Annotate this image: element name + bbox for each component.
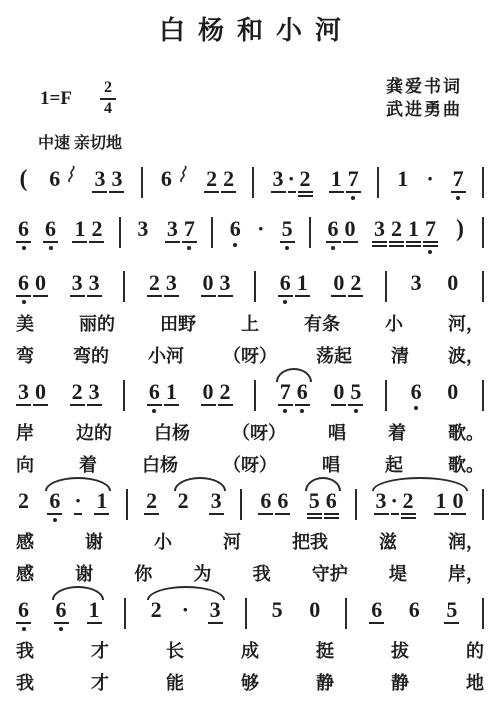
note-digit: 0 bbox=[453, 490, 464, 512]
lyric-syllable: 上 bbox=[241, 312, 259, 336]
note-digit: 1 bbox=[96, 490, 107, 512]
note-digit: 1 bbox=[331, 168, 342, 190]
low-octave-dot bbox=[351, 196, 355, 200]
low-octave-dot bbox=[354, 409, 358, 413]
note-digit: 6 bbox=[409, 599, 420, 621]
lyric-syllable: 有条 bbox=[304, 312, 340, 336]
note-group: 3 bbox=[409, 272, 424, 294]
beam-underline bbox=[278, 404, 293, 406]
note-digit: 3 bbox=[111, 168, 122, 190]
note-digit: 3 bbox=[166, 272, 177, 294]
lyric-syllable: 向 bbox=[16, 453, 34, 477]
note: 2 bbox=[218, 381, 233, 406]
lyric-syllable: 守护 bbox=[312, 562, 348, 586]
lyric-syllable: 挺 bbox=[316, 639, 334, 663]
note-group: 60 bbox=[326, 218, 358, 250]
note-digit: 2 bbox=[403, 490, 414, 512]
meta-row: 1=F 2 4 龚爱书词 武进勇曲 bbox=[14, 76, 486, 122]
note-group: 61 bbox=[278, 272, 310, 304]
barline bbox=[309, 217, 311, 248]
note-digit: 3 bbox=[18, 381, 29, 403]
beam-underline bbox=[201, 295, 216, 297]
meter-denominator: 4 bbox=[104, 100, 112, 118]
lyric-syllable: 我 bbox=[253, 562, 271, 586]
low-octave-dot bbox=[49, 246, 53, 250]
note-group: 0 bbox=[445, 381, 460, 403]
note-digit: 1 bbox=[397, 168, 408, 190]
beam-underline bbox=[43, 241, 58, 243]
note: 6 bbox=[295, 381, 310, 413]
note: 5 bbox=[280, 218, 295, 250]
barline bbox=[482, 217, 484, 248]
note: 3 bbox=[409, 272, 424, 294]
note-digit: 2 bbox=[178, 490, 189, 512]
lyric-syllable: 感 bbox=[16, 562, 34, 586]
note-group: 30 bbox=[16, 381, 48, 406]
beam-underline bbox=[343, 241, 358, 243]
note-group: 6 bbox=[407, 599, 422, 621]
note-group: 7 bbox=[451, 168, 466, 200]
lyric-syllable: 清 bbox=[391, 344, 409, 368]
note-digit: 7 bbox=[453, 168, 464, 190]
low-octave-dot bbox=[283, 409, 287, 413]
note-digit: 0 bbox=[35, 381, 46, 403]
slur-group: 6·1 bbox=[47, 490, 109, 522]
barline bbox=[345, 598, 347, 629]
lyric-row: 我才长成挺拔的 bbox=[14, 639, 486, 663]
barline bbox=[211, 217, 213, 248]
note: 1 bbox=[87, 599, 102, 624]
beam-underline bbox=[307, 517, 322, 519]
note-digit: 7 bbox=[280, 381, 291, 403]
note-digit: · bbox=[391, 490, 399, 512]
note: 6 bbox=[16, 218, 31, 250]
parenthesis: ) bbox=[452, 218, 467, 240]
lyric-syllable: 唱 bbox=[328, 421, 346, 445]
note: 3 bbox=[208, 599, 223, 624]
note: 6 bbox=[275, 490, 290, 515]
note: 3 bbox=[70, 272, 85, 297]
notation-line: 26·122366563·210 bbox=[14, 477, 486, 522]
beam-underline bbox=[324, 517, 339, 519]
lyric-syllable: 丽的 bbox=[79, 312, 115, 336]
note-group: 3217 bbox=[372, 218, 438, 254]
barline bbox=[482, 598, 484, 629]
beam-underline bbox=[372, 245, 387, 247]
beam-underline bbox=[221, 191, 236, 193]
lyric-row: 弯弯的小河（呀）荡起清波， bbox=[14, 344, 486, 368]
note-digit: 3 bbox=[411, 272, 422, 294]
note: 3 bbox=[135, 218, 150, 240]
lyric-syllable: 为 bbox=[193, 562, 211, 586]
lyric-syllable: 河， bbox=[448, 312, 484, 336]
slur-group: 56 bbox=[307, 490, 339, 519]
beam-underline bbox=[87, 404, 102, 406]
barline bbox=[126, 489, 128, 520]
lyric-syllable: 小 bbox=[385, 312, 403, 336]
note-digit: 3 bbox=[89, 272, 100, 294]
note: 3 bbox=[109, 168, 124, 193]
beam-underline bbox=[423, 241, 438, 243]
note: 3 bbox=[271, 168, 286, 193]
beam-underline bbox=[434, 513, 449, 515]
note-group: 12 bbox=[72, 218, 104, 243]
note: 7 bbox=[451, 168, 466, 200]
low-octave-dot bbox=[59, 627, 63, 631]
beam-underline bbox=[87, 295, 102, 297]
key-label: 1=F bbox=[40, 88, 72, 110]
low-octave-dot bbox=[233, 243, 237, 247]
note-digit: 3 bbox=[374, 218, 385, 240]
note: 6 bbox=[278, 272, 293, 304]
beam-underline bbox=[33, 295, 48, 297]
note-group: 6 bbox=[47, 168, 76, 190]
note: 6 bbox=[228, 218, 243, 247]
note: 0 bbox=[445, 381, 460, 403]
note-digit: 6 bbox=[56, 599, 67, 621]
low-octave-dot bbox=[283, 300, 287, 304]
note-digit: 5 bbox=[350, 381, 361, 403]
note: 5 bbox=[307, 490, 322, 519]
dot-note: · bbox=[257, 218, 265, 240]
note-digit: 0 bbox=[345, 218, 356, 240]
note-group: 6 bbox=[369, 599, 384, 624]
key-signature: 1=F 2 4 bbox=[40, 80, 116, 118]
note-digit: 3 bbox=[376, 490, 387, 512]
low-octave-dot bbox=[22, 300, 26, 304]
lyric-syllable: 岸 bbox=[16, 421, 34, 445]
beam-underline bbox=[280, 241, 295, 243]
lyric-syllable: 美 bbox=[16, 312, 34, 336]
note: 0 bbox=[451, 490, 466, 515]
low-octave-dot bbox=[22, 246, 26, 250]
barline bbox=[482, 167, 484, 198]
beam-underline bbox=[278, 295, 293, 297]
beam-underline bbox=[451, 513, 466, 515]
notation-line: 60332303610230 bbox=[14, 259, 486, 304]
beam-underline bbox=[324, 513, 339, 515]
note-digit: 3 bbox=[210, 599, 221, 621]
note: 6 bbox=[16, 272, 31, 304]
note: 3 bbox=[374, 490, 389, 515]
note-digit: 6 bbox=[297, 381, 308, 403]
beam-underline bbox=[307, 513, 322, 515]
slide-ornament-icon bbox=[66, 165, 76, 183]
note-group: 02 bbox=[331, 272, 363, 297]
note: 3 bbox=[16, 381, 31, 406]
note: 3 bbox=[164, 272, 179, 297]
beam-underline bbox=[201, 404, 216, 406]
note-digit: 3 bbox=[72, 272, 83, 294]
barline bbox=[252, 167, 254, 198]
slur-group: 76 bbox=[278, 381, 310, 413]
beam-underline bbox=[295, 295, 310, 297]
barline bbox=[377, 167, 379, 198]
note-digit: 6 bbox=[161, 168, 172, 190]
note: 0 bbox=[307, 599, 322, 621]
note: 6 bbox=[369, 599, 384, 624]
barline bbox=[245, 598, 247, 629]
note: 7 bbox=[346, 168, 361, 200]
time-signature: 2 4 bbox=[100, 80, 116, 118]
lyric-syllable: 拔 bbox=[391, 639, 409, 663]
dot-note: · bbox=[391, 490, 399, 515]
note: 0 bbox=[343, 218, 358, 243]
note-digit: 6 bbox=[49, 490, 60, 512]
barline bbox=[123, 380, 125, 411]
beam-underline bbox=[16, 622, 31, 624]
low-octave-dot bbox=[22, 627, 26, 631]
slide-ornament-icon bbox=[178, 165, 188, 183]
note: 7 bbox=[278, 381, 293, 413]
lyric-syllable: 感 bbox=[16, 530, 34, 554]
lyric-row: 我才能够静静地 bbox=[14, 671, 486, 695]
lyric-syllable: （呀） bbox=[223, 344, 277, 368]
lyric-syllable: （呀） bbox=[223, 453, 277, 477]
note-digit: 6 bbox=[371, 599, 382, 621]
beam-underline bbox=[209, 513, 224, 515]
note-digit: 1 bbox=[436, 490, 447, 512]
beam-underline bbox=[182, 241, 197, 243]
note-digit: 2 bbox=[72, 381, 83, 403]
lyricist-credit: 龚爱书词 bbox=[386, 76, 462, 99]
beam-underline bbox=[147, 295, 162, 297]
lyric-syllable: 才 bbox=[91, 671, 109, 695]
note: 2 bbox=[16, 490, 31, 512]
note-digit: 0 bbox=[203, 381, 214, 403]
note: 6 bbox=[147, 381, 162, 413]
lyric-syllable: 边的 bbox=[76, 421, 112, 445]
note-digit: 0 bbox=[333, 272, 344, 294]
note-digit: 3 bbox=[94, 168, 105, 190]
note-group: 3 bbox=[135, 218, 150, 240]
lyric-syllable: 滋 bbox=[379, 530, 397, 554]
note-group: ) bbox=[452, 218, 467, 240]
note-group: 60 bbox=[16, 272, 48, 304]
note-digit: 6 bbox=[277, 490, 288, 512]
lyric-syllable: 荡起 bbox=[316, 344, 352, 368]
lyric-syllable: 着 bbox=[388, 421, 406, 445]
note-group: 17 bbox=[329, 168, 361, 200]
lyric-syllable: 歌。 bbox=[448, 421, 484, 445]
note-digit: 6 bbox=[411, 381, 422, 403]
note-group: 6 bbox=[159, 168, 188, 190]
beam-underline bbox=[47, 513, 62, 515]
barline bbox=[240, 489, 242, 520]
note-digit: · bbox=[182, 599, 190, 621]
note: 6 bbox=[47, 490, 62, 522]
note-digit: 1 bbox=[166, 381, 177, 403]
barline bbox=[385, 380, 387, 411]
beam-underline bbox=[374, 513, 389, 515]
notation-line: (6336223·2171·7 bbox=[14, 155, 486, 200]
note-digit: 7 bbox=[184, 218, 195, 240]
beam-underline bbox=[288, 191, 296, 193]
beam-underline bbox=[329, 191, 344, 193]
lyric-syllable: 地 bbox=[466, 671, 484, 695]
lyric-row: 向着白杨（呀）唱起歌。 bbox=[14, 453, 486, 477]
notation-line: 6612·350665 bbox=[14, 586, 486, 631]
beam-underline bbox=[208, 622, 223, 624]
low-octave-dot bbox=[331, 246, 335, 250]
note: 1 bbox=[295, 272, 310, 297]
note-group: 61 bbox=[147, 381, 179, 413]
slur-group: 3·210 bbox=[374, 490, 466, 519]
credits: 龚爱书词 武进勇曲 bbox=[386, 76, 462, 122]
lyric-syllable: 你 bbox=[134, 562, 152, 586]
lyric-syllable: 河 bbox=[223, 530, 241, 554]
beam-underline bbox=[389, 245, 404, 247]
note-digit: 6 bbox=[149, 381, 160, 403]
note-digit: 0 bbox=[35, 272, 46, 294]
note-digit: 6 bbox=[18, 272, 29, 294]
note: 7 bbox=[182, 218, 197, 250]
note-digit: · bbox=[74, 490, 82, 512]
lyric-syllable: 的 bbox=[466, 639, 484, 663]
note-group: 6 bbox=[409, 381, 424, 410]
note-digit: 3 bbox=[167, 218, 178, 240]
note-group: 0 bbox=[445, 272, 460, 294]
low-octave-dot bbox=[428, 250, 432, 254]
lyric-syllable: 把我 bbox=[292, 530, 328, 554]
note-group: 2 bbox=[16, 490, 31, 512]
note-digit: 6 bbox=[280, 272, 291, 294]
parenthesis: ( bbox=[16, 168, 31, 190]
note: 7 bbox=[423, 218, 438, 254]
lyric-syllable: 田野 bbox=[160, 312, 196, 336]
note-digit: 0 bbox=[203, 272, 214, 294]
beam-underline bbox=[271, 191, 286, 193]
lyric-syllable: 能 bbox=[166, 671, 184, 695]
beam-underline bbox=[94, 513, 109, 515]
beam-underline bbox=[70, 295, 85, 297]
lyric-syllable: 静 bbox=[316, 671, 334, 695]
note: 6 bbox=[324, 490, 339, 519]
note: 2 bbox=[144, 490, 159, 515]
note-digit: 5 bbox=[272, 599, 283, 621]
beam-underline bbox=[258, 513, 273, 515]
lyric-syllable: 歌。 bbox=[448, 453, 484, 477]
dot-note: · bbox=[426, 168, 434, 190]
note: 1 bbox=[72, 218, 87, 243]
note-group: 6 bbox=[16, 599, 31, 631]
barline bbox=[355, 489, 357, 520]
note-digit: 6 bbox=[230, 218, 241, 240]
note-digit: 2 bbox=[91, 218, 102, 240]
note-group: 33 bbox=[70, 272, 102, 297]
lyric-syllable: 够 bbox=[241, 671, 259, 695]
note-digit: · bbox=[426, 168, 434, 190]
sheet-music-page: 白杨和小河 1=F 2 4 龚爱书词 武进勇曲 中速 亲切地 (6336223·… bbox=[0, 0, 500, 721]
note-digit: 6 bbox=[260, 490, 271, 512]
beam-underline bbox=[298, 191, 313, 193]
beam-underline bbox=[331, 404, 346, 406]
note-digit: 6 bbox=[49, 168, 60, 190]
low-octave-dot bbox=[187, 246, 191, 250]
beam-underline bbox=[165, 241, 180, 243]
beam-underline bbox=[348, 295, 363, 297]
note: 1 bbox=[164, 381, 179, 406]
note: 3 bbox=[87, 381, 102, 406]
beam-underline bbox=[218, 404, 233, 406]
note-digit: · bbox=[257, 218, 265, 240]
barline bbox=[124, 598, 126, 629]
note-digit: 0 bbox=[447, 381, 458, 403]
note: 6 bbox=[43, 218, 58, 250]
note-digit: ) bbox=[456, 218, 464, 240]
note: 2 bbox=[204, 168, 219, 193]
beam-underline bbox=[74, 513, 82, 515]
note-digit: 2 bbox=[350, 272, 361, 294]
note: 1 bbox=[406, 218, 421, 247]
note-digit: 1 bbox=[408, 218, 419, 240]
beam-underline bbox=[346, 191, 361, 193]
note-digit: 7 bbox=[348, 168, 359, 190]
note-digit: 2 bbox=[300, 168, 311, 190]
note-group: 6 bbox=[228, 218, 243, 247]
slur-group: 2·3 bbox=[149, 599, 223, 624]
beam-underline bbox=[218, 295, 233, 297]
note-digit: 2 bbox=[391, 218, 402, 240]
beam-underline bbox=[164, 404, 179, 406]
note: 0 bbox=[33, 272, 48, 297]
beam-underline bbox=[372, 241, 387, 243]
lyric-syllable: 弯的 bbox=[73, 344, 109, 368]
note: 6 bbox=[16, 599, 31, 631]
note-digit: 3 bbox=[137, 218, 148, 240]
note: 2 bbox=[176, 490, 191, 512]
lyric-syllable: 岸， bbox=[448, 562, 484, 586]
beam-underline bbox=[348, 404, 363, 406]
note: 6 bbox=[409, 381, 424, 410]
note: 6 bbox=[159, 168, 174, 190]
barline bbox=[482, 380, 484, 411]
note: 2 bbox=[221, 168, 236, 193]
beam-underline bbox=[54, 622, 69, 624]
dot-note: · bbox=[288, 168, 296, 193]
note-digit: 0 bbox=[309, 599, 320, 621]
beam-underline bbox=[423, 245, 438, 247]
note: 6 bbox=[407, 599, 422, 621]
beam-underline bbox=[369, 622, 384, 624]
note-digit: 2 bbox=[146, 490, 157, 512]
beam-underline bbox=[16, 241, 31, 243]
note-group: 1 bbox=[395, 168, 410, 190]
note: 1 bbox=[94, 490, 109, 515]
beam-underline bbox=[70, 404, 85, 406]
note: 5 bbox=[444, 599, 459, 624]
beam-underline bbox=[89, 241, 104, 243]
note-group: 37 bbox=[165, 218, 197, 250]
lyric-syllable: 小河 bbox=[148, 344, 184, 368]
beam-underline bbox=[401, 513, 416, 515]
lyric-syllable: 起 bbox=[385, 453, 403, 477]
beam-underline bbox=[87, 622, 102, 624]
barline bbox=[254, 271, 256, 302]
note-digit: 0 bbox=[447, 272, 458, 294]
meter-numerator: 2 bbox=[100, 80, 116, 100]
note: 0 bbox=[33, 381, 48, 406]
beam-underline bbox=[72, 241, 87, 243]
note: 3 bbox=[92, 168, 107, 193]
beam-underline bbox=[331, 295, 346, 297]
note: 3 bbox=[218, 272, 233, 297]
note: 6 bbox=[54, 599, 69, 631]
note: 6 bbox=[326, 218, 341, 250]
barline bbox=[482, 489, 484, 520]
beam-underline bbox=[391, 513, 399, 515]
note-group: · bbox=[257, 218, 265, 240]
